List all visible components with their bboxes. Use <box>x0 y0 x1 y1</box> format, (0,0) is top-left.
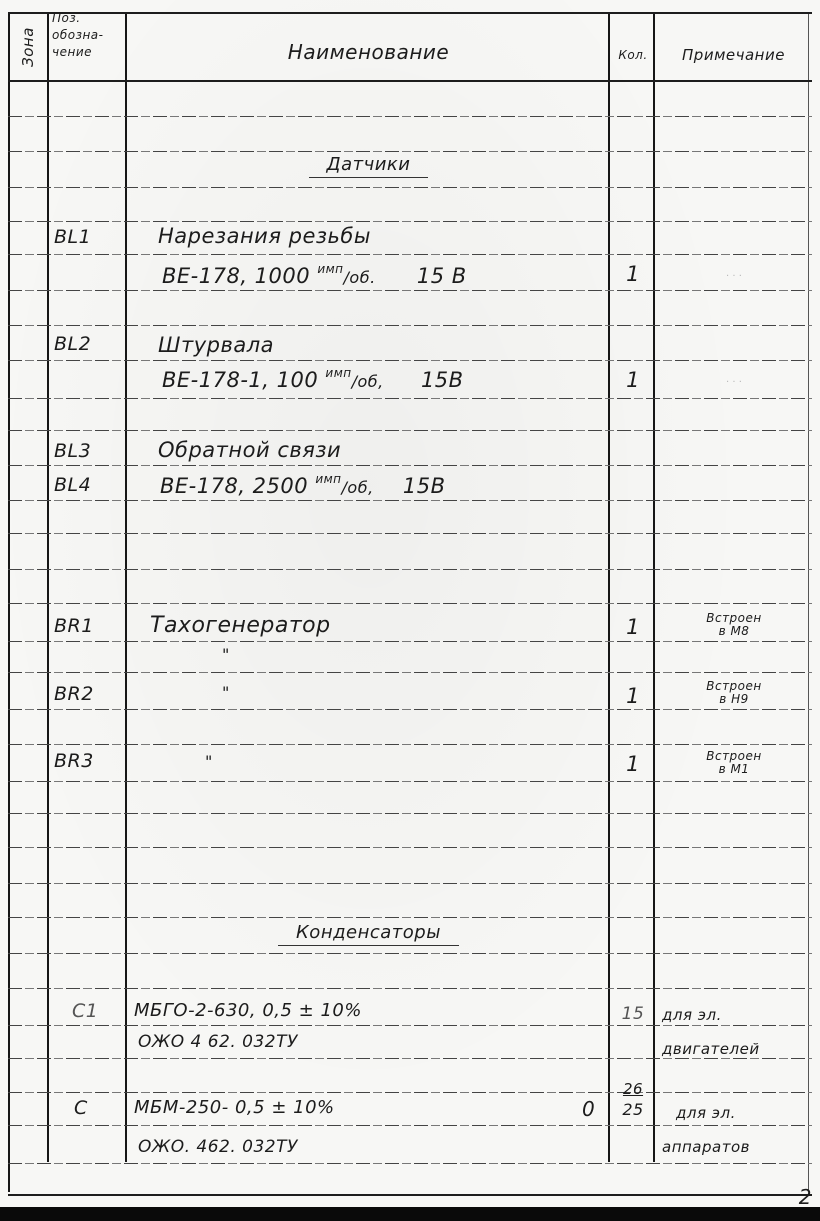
note-br2: Встроен в Н9 <box>660 680 808 706</box>
rule-line <box>8 953 812 954</box>
note-c: для эл. аппаратов <box>662 1104 810 1156</box>
position-bl4: BL4 <box>54 474 91 496</box>
rule-line <box>8 533 812 534</box>
border-bottom <box>8 1194 812 1196</box>
quantity-bl1: 1 <box>612 262 654 286</box>
column-divider-position <box>125 12 127 1162</box>
quantity-c: 25 <box>612 1100 654 1119</box>
rule-line <box>8 116 812 117</box>
quantity-br2: 1 <box>612 684 654 708</box>
item-name-line2: ВЕ-178, 2500 имп/об, 15В <box>160 472 446 498</box>
header-note: Примечание <box>657 46 810 64</box>
quantity-br3: 1 <box>612 752 654 776</box>
rule-line <box>8 398 812 399</box>
rule-line <box>8 709 812 710</box>
note-line: в Н9 <box>660 693 808 706</box>
ditto-mark: " <box>222 645 230 664</box>
quantity-br1: 1 <box>612 615 654 639</box>
rule-line <box>8 187 812 188</box>
voltage: 15 В <box>417 264 467 288</box>
header-zone-label: Зона <box>19 27 37 67</box>
rule-line <box>8 254 812 255</box>
header-quantity: Кол. <box>612 48 654 62</box>
border-top <box>8 12 812 14</box>
position-br3: BR3 <box>54 750 94 772</box>
note-line: в М8 <box>660 625 808 638</box>
item-name-line2: ВЕ-178, 1000 имп/об. 15 В <box>162 262 467 288</box>
header-position-line: Поз. <box>52 10 126 27</box>
position-br2: BR2 <box>54 683 94 705</box>
rule-line <box>8 569 812 570</box>
note-line: аппаратов <box>662 1138 810 1156</box>
position-bl3: BL3 <box>54 440 91 462</box>
rule-line <box>8 988 812 989</box>
model-spec: ВЕ-178, 2500 <box>160 474 308 498</box>
position-bl1: BL1 <box>54 226 91 248</box>
item-name-line1: Штурвала <box>158 333 274 357</box>
header-position-line: чение <box>52 44 126 61</box>
rule-line <box>8 641 812 642</box>
quantity-bl2: 1 <box>612 368 654 392</box>
rule-line <box>8 1163 812 1164</box>
header-zone: Зона <box>10 16 46 78</box>
rule-line <box>8 1092 812 1093</box>
rule-line <box>8 325 812 326</box>
header-divider <box>8 80 812 82</box>
column-divider-zone <box>47 12 49 1162</box>
voltage: 15В <box>403 474 446 498</box>
quantity-c1: 15 <box>612 1004 654 1024</box>
note-line: двигателей <box>662 1040 810 1058</box>
border-left <box>8 12 10 1192</box>
note-line: для эл. <box>662 1104 810 1122</box>
margin-mark: 0 <box>582 1097 595 1121</box>
quantity-c-corrected: 26 <box>612 1080 654 1098</box>
rule-line <box>8 847 812 848</box>
note-c1: для эл. двигателей <box>662 1006 810 1058</box>
column-divider-quantity <box>653 12 655 1162</box>
rule-line <box>8 883 812 884</box>
unit-rest: /об. <box>344 268 376 287</box>
rule-line <box>8 672 812 673</box>
item-name-line2: ОЖО. 462. 032ТУ <box>138 1137 298 1157</box>
note-bl1-faint: · · · <box>660 270 808 283</box>
ditto-mark: " <box>222 683 230 702</box>
rule-line <box>8 465 812 466</box>
unit-rest: /об, <box>342 478 374 497</box>
unit-superscript: имп <box>325 366 351 380</box>
header-name: Наименование <box>127 40 610 64</box>
rule-line <box>8 360 812 361</box>
note-line: для эл. <box>662 1006 810 1024</box>
item-name-line1: Нарезания резьбы <box>158 224 371 248</box>
item-name-line1: МБГО-2-630, 0,5 ± 10% <box>134 1000 362 1021</box>
item-name-line1: МБМ-250- 0,5 ± 10% <box>134 1097 335 1118</box>
model-spec: ВЕ-178-1, 100 <box>162 368 318 392</box>
column-divider-name <box>608 12 610 1162</box>
unit-rest: /об, <box>352 372 384 391</box>
position-br1: BR1 <box>54 615 94 637</box>
note-line: в М1 <box>660 763 808 776</box>
rule-line <box>8 500 812 501</box>
voltage: 15В <box>421 368 464 392</box>
ditto-mark: " <box>205 752 213 771</box>
rule-line <box>8 781 812 782</box>
section-title-capacitors: Конденсаторы <box>127 922 610 943</box>
rule-line <box>8 917 812 918</box>
item-name-line2: ВЕ-178-1, 100 имп/об, 15В <box>162 366 464 392</box>
header-position-line: обозна- <box>52 27 126 44</box>
unit-superscript: имп <box>317 262 343 276</box>
item-name-br1: Тахогенератор <box>150 613 331 638</box>
rule-line <box>8 430 812 431</box>
note-br3: Встроен в М1 <box>660 750 808 776</box>
section-title-text: Датчики <box>309 154 429 178</box>
position-c1: С1 <box>72 1000 98 1022</box>
section-title-text: Конденсаторы <box>278 922 459 946</box>
page-number: 2 <box>799 1185 812 1209</box>
unit-superscript: имп <box>315 472 341 486</box>
rule-line <box>8 151 812 152</box>
position-c: С <box>74 1097 88 1119</box>
rule-line <box>8 221 812 222</box>
rule-line <box>8 1058 812 1059</box>
rule-line <box>8 744 812 745</box>
specification-sheet: Зона Поз. обозна- чение Наименование Кол… <box>0 0 820 1221</box>
rule-line <box>8 813 812 814</box>
scan-edge <box>0 1207 820 1221</box>
note-bl2-faint: · · · <box>660 376 808 389</box>
position-bl2: BL2 <box>54 333 91 355</box>
rule-line <box>8 290 812 291</box>
item-name-line2: ОЖО 4 62. 032ТУ <box>138 1032 298 1052</box>
note-br1: Встроен в М8 <box>660 612 808 638</box>
header-position: Поз. обозна- чение <box>52 10 126 61</box>
rule-line <box>8 603 812 604</box>
item-name-line1: Обратной связи <box>158 438 341 462</box>
model-spec: ВЕ-178, 1000 <box>162 264 310 288</box>
section-title-sensors: Датчики <box>127 154 610 175</box>
